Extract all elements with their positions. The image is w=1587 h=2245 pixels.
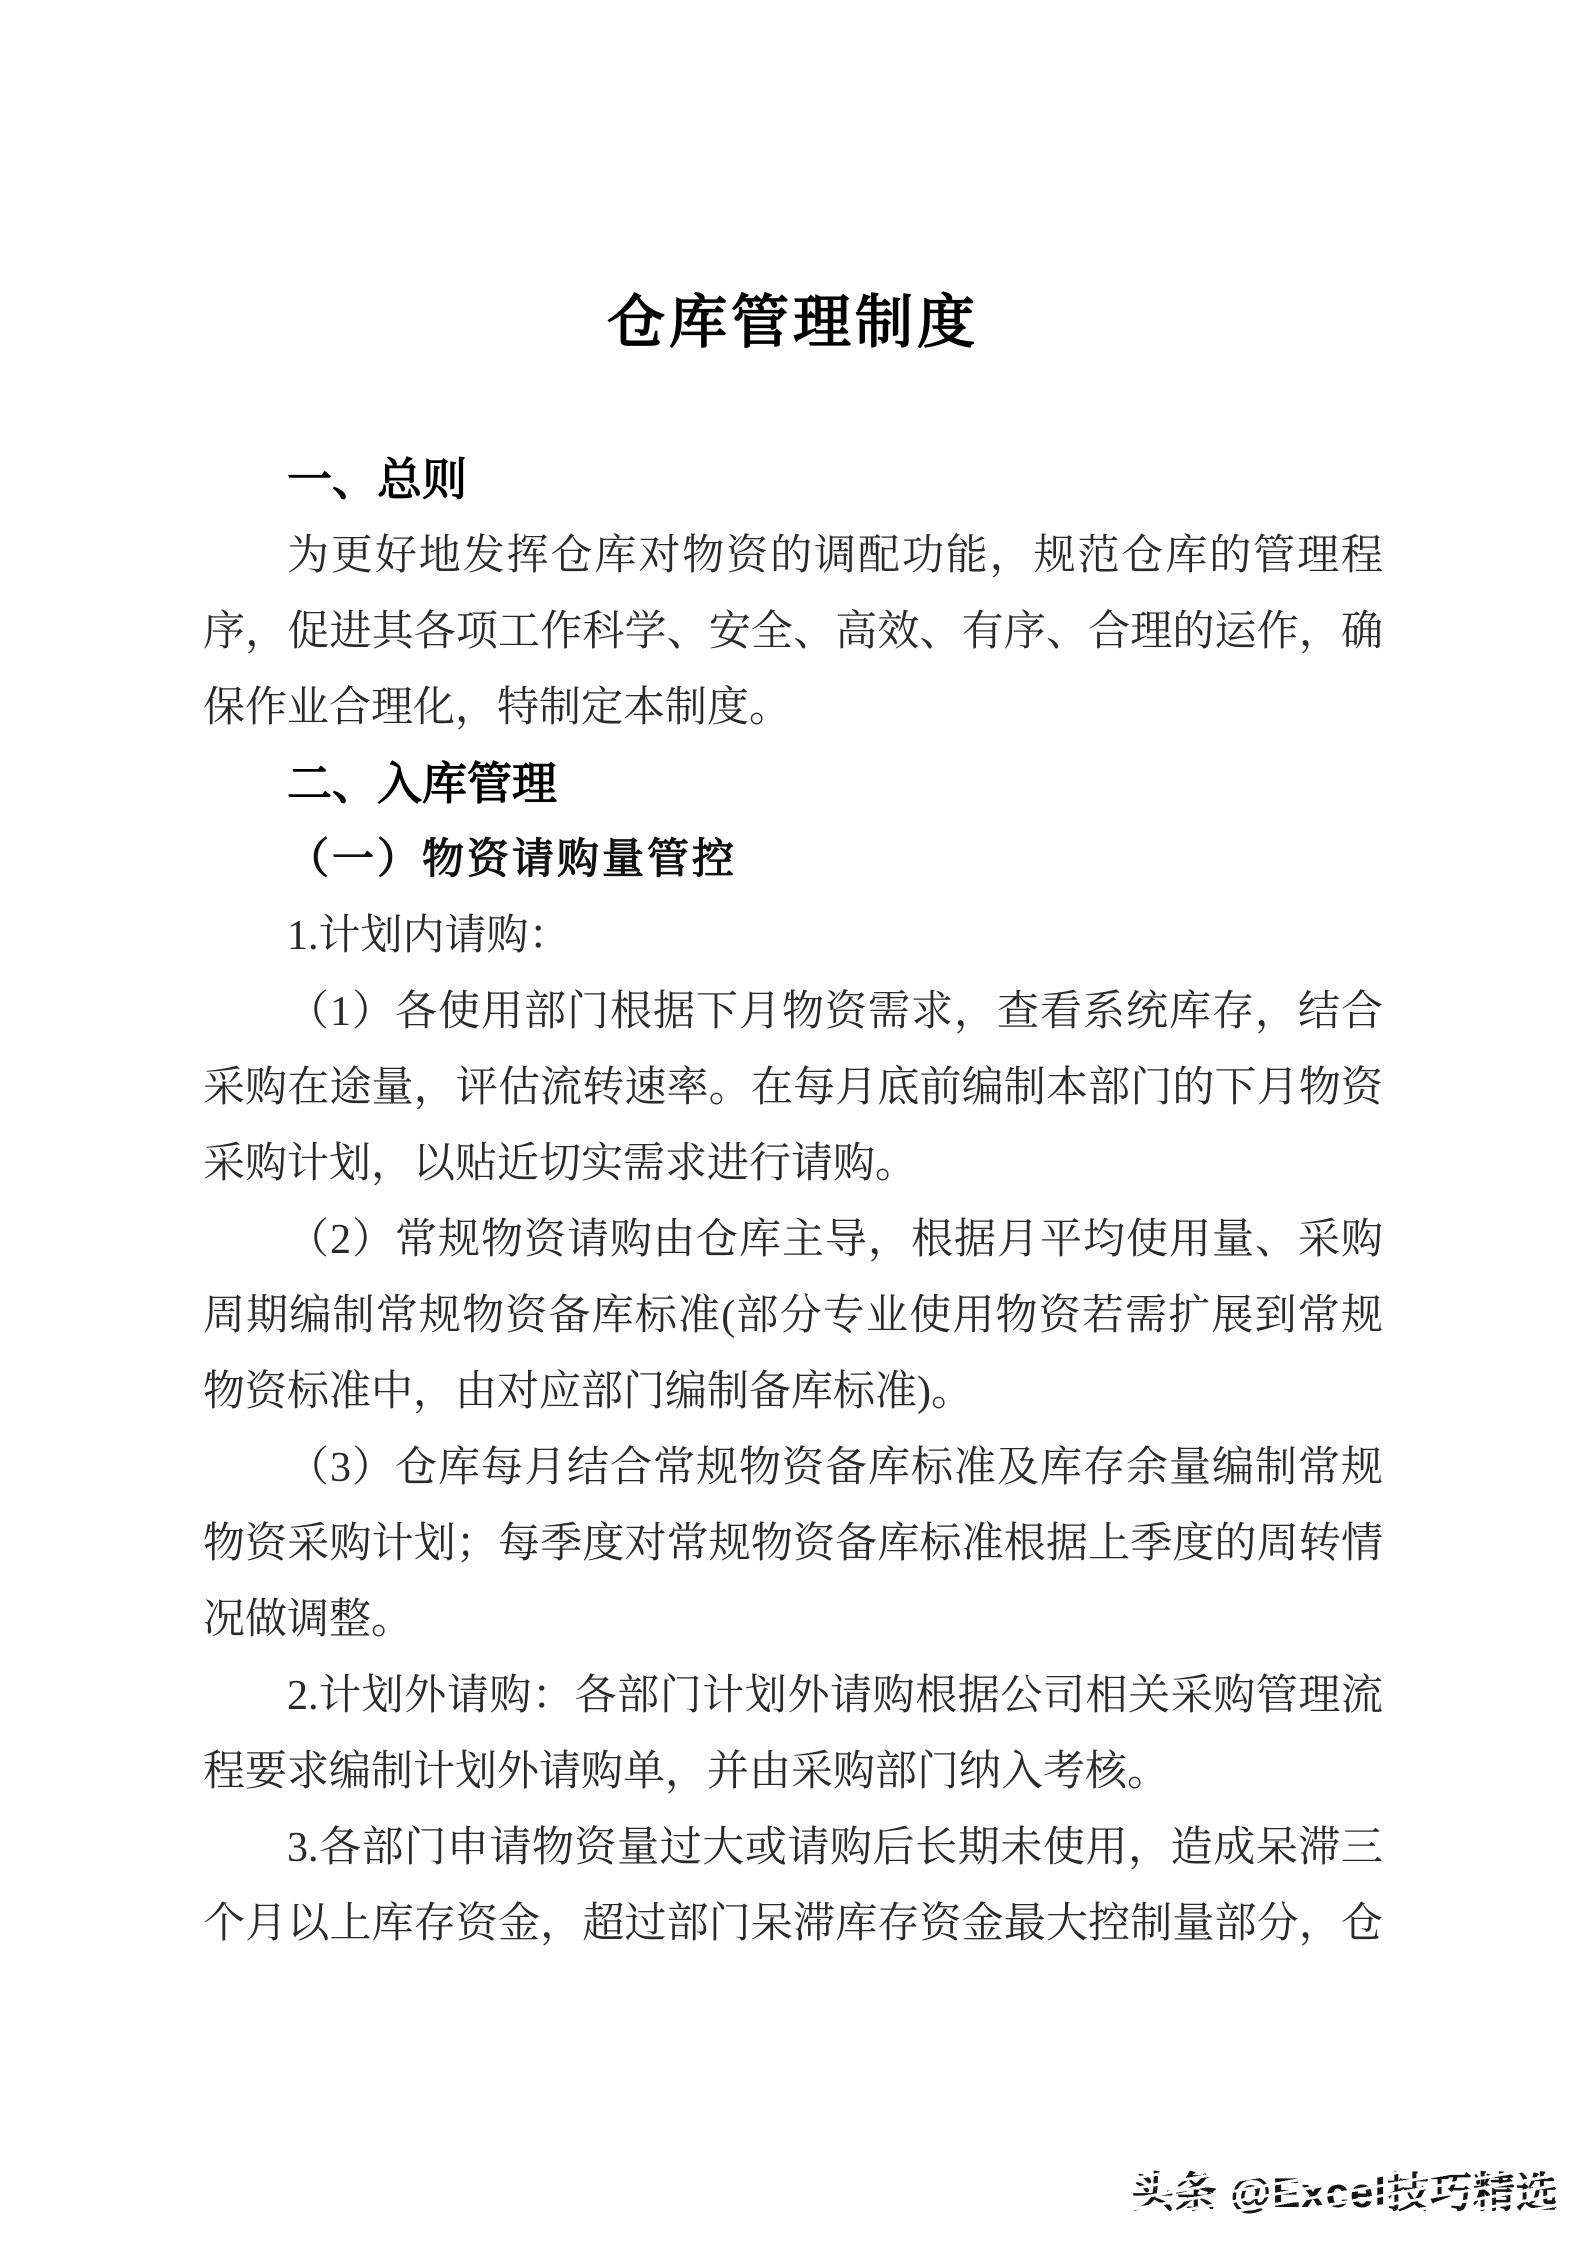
watermark-text: 头条 @Excel技巧精选: [1132, 2160, 1559, 2220]
document-line: 保作业合理化，特制定本制度。: [203, 670, 1383, 746]
document-line: （3）仓库每月结合常规物资备库标准及库存余量编制常规: [203, 1430, 1383, 1506]
document-title: 仓库管理制度: [203, 288, 1383, 358]
document-lines: 一、总则为更好地发挥仓库对物资的调配功能，规范仓库的管理程序，促进其各项工作科学…: [203, 442, 1383, 1962]
document-line: 一、总则: [203, 442, 1383, 518]
document-line: 周期编制常规物资备库标准(部分专业使用物资若需扩展到常规: [203, 1278, 1383, 1354]
document-line: 为更好地发挥仓库对物资的调配功能，规范仓库的管理程: [203, 518, 1383, 594]
document-content: 仓库管理制度 一、总则为更好地发挥仓库对物资的调配功能，规范仓库的管理程序，促进…: [203, 288, 1383, 1962]
document-line: 物资标准中，由对应部门编制备库标准)。: [203, 1354, 1383, 1430]
document-line: 二、入库管理: [203, 746, 1383, 822]
document-line: 采购在途量，评估流转速率。在每月底前编制本部门的下月物资: [203, 1050, 1383, 1126]
document-line: 3.各部门申请物资量过大或请购后长期未使用，造成呆滞三: [203, 1810, 1383, 1886]
document-line: （2）常规物资请购由仓库主导，根据月平均使用量、采购: [203, 1202, 1383, 1278]
document-page: 仓库管理制度 一、总则为更好地发挥仓库对物资的调配功能，规范仓库的管理程序，促进…: [0, 0, 1587, 2245]
document-line: 2.计划外请购：各部门计划外请购根据公司相关采购管理流: [203, 1658, 1383, 1734]
document-line: 个月以上库存资金，超过部门呆滞库存资金最大控制量部分，仓: [203, 1886, 1383, 1962]
document-line: （1）各使用部门根据下月物资需求，查看系统库存，结合: [203, 974, 1383, 1050]
document-line: 采购计划，以贴近切实需求进行请购。: [203, 1126, 1383, 1202]
document-line: 况做调整。: [203, 1582, 1383, 1658]
document-line: 序，促进其各项工作科学、安全、高效、有序、合理的运作，确: [203, 594, 1383, 670]
document-line: 程要求编制计划外请购单，并由采购部门纳入考核。: [203, 1734, 1383, 1810]
document-line: （一）物资请购量管控: [203, 822, 1383, 898]
document-line: 1.计划内请购：: [203, 898, 1383, 974]
document-line: 物资采购计划；每季度对常规物资备库标准根据上季度的周转情: [203, 1506, 1383, 1582]
